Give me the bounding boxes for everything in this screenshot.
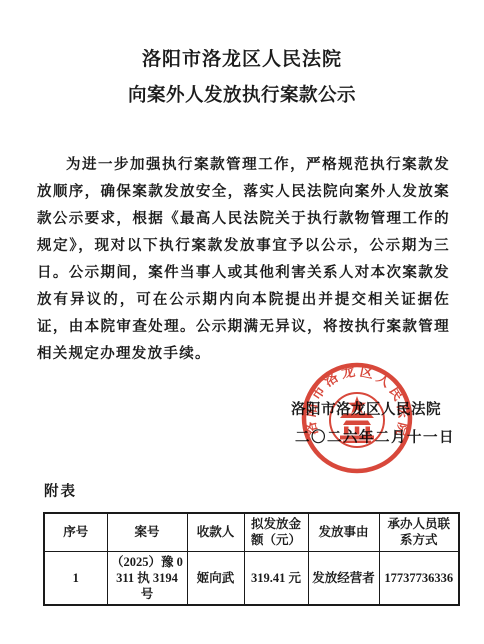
cell-reason: 发放经营者	[308, 551, 379, 605]
table-header-row: 序号 案号 收款人 拟发放金额（元） 发放事由 承办人员联系方式	[44, 513, 459, 551]
national-emblem-icon	[330, 393, 384, 447]
cell-case-number: （2025）豫 0311 执 3194 号	[107, 551, 187, 605]
col-header-payee: 收款人	[187, 513, 244, 551]
cell-contact: 17737736336	[379, 551, 459, 605]
cell-payee: 姬向武	[187, 551, 244, 605]
official-court-seal-icon: 洛阳市洛龙区人民法院	[299, 360, 415, 476]
col-header-reason: 发放事由	[308, 513, 379, 551]
col-header-seq: 序号	[44, 513, 107, 551]
announcement-body: 为进一步加强执行案款管理工作，严格规范执行案款发放顺序，确保案款发放安全，落实人…	[37, 152, 450, 368]
col-header-case-number: 案号	[107, 513, 187, 551]
payout-table: 序号 案号 收款人 拟发放金额（元） 发放事由 承办人员联系方式 1 （2025…	[43, 512, 460, 606]
attachment-label: 附表	[44, 480, 77, 501]
col-header-amount: 拟发放金额（元）	[244, 513, 308, 551]
document-page: 洛阳市洛龙区人民法院 向案外人发放执行案款公示 为进一步加强执行案款管理工作，严…	[0, 0, 484, 644]
page-subtitle: 向案外人发放执行案款公示	[0, 81, 484, 107]
page-title: 洛阳市洛龙区人民法院	[0, 44, 484, 71]
col-header-contact: 承办人员联系方式	[379, 513, 459, 551]
table-row: 1 （2025）豫 0311 执 3194 号 姬向武 319.41 元 发放经…	[44, 551, 459, 605]
cell-amount: 319.41 元	[244, 551, 308, 605]
cell-seq: 1	[44, 551, 107, 605]
